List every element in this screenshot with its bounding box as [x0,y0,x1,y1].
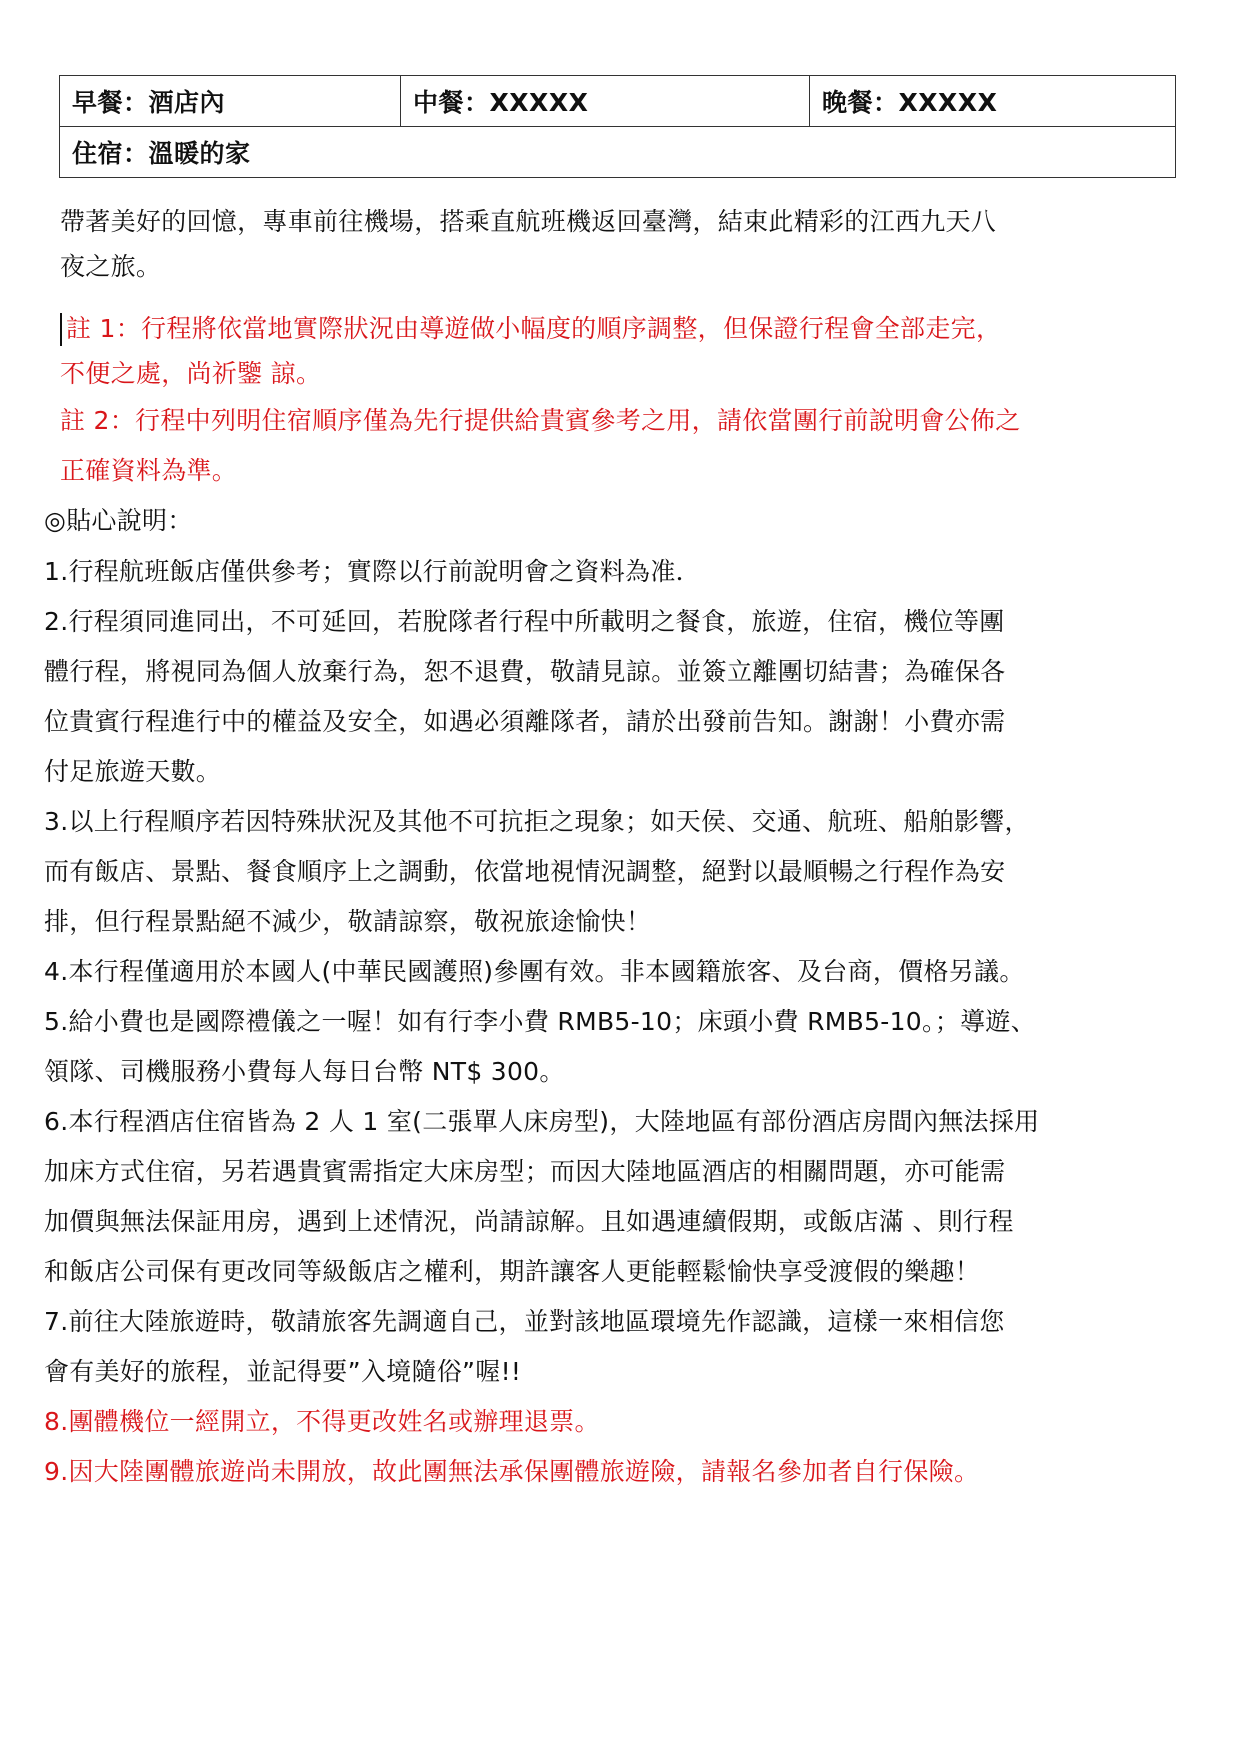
note-line: 正確資料為準。 [60,455,237,487]
dinner-cell: 晚餐：XXXXX [810,76,1176,127]
tips-heading: ◎貼心說明： [44,505,193,537]
tip-line: 排，但行程景點絕不減少，敬請諒察，敬祝旅途愉快！ [44,906,651,938]
note-line: 註 2：行程中列明住宿順序僅為先行提供給貴賓參考之用，請依當團行前說明會公佈之 [60,405,1021,437]
lodging-row: 住宿：溫暖的家 [60,127,1176,178]
tip-line: 5.給小費也是國際禮儀之一喔！如有行李小費 RMB5-10；床頭小費 RMB5-… [44,1006,1036,1038]
tip-line: 3.以上行程順序若因特殊狀況及其他不可抗拒之現象；如天侯、交通、航班、船舶影響， [44,806,1030,838]
meals-row: 早餐：酒店內 中餐：XXXXX 晚餐：XXXXX [60,76,1176,127]
tip-line: 7.前往大陸旅遊時，敬請旅客先調適自己，並對該地區環境先作認識，這樣一來相信您 [44,1306,1005,1338]
important-line: 9.因大陸團體旅遊尚未開放，故此團無法承保團體旅遊險，請報名參加者自行保險。 [44,1456,979,1488]
tip-line: 付足旅遊天數。 [44,756,221,788]
tip-line: 領隊、司機服務小費每人每日台幣 NT$ 300。 [44,1056,565,1088]
tip-line: 6.本行程酒店住宿皆為 2 人 1 室(二張單人床房型)，大陸地區有部份酒店房間… [44,1106,1039,1138]
tip-line: 加床方式住宿，另若遇貴賓需指定大床房型；而因大陸地區酒店的相關問題，亦可能需 [44,1156,1005,1188]
breakfast-cell: 早餐：酒店內 [60,76,401,127]
tip-line: 位貴賓行程進行中的權益及安全，如遇必須離隊者，請於出發前告知。謝謝！小費亦需 [44,706,1005,738]
tip-line: 和飯店公司保有更改同等級飯店之權利，期許讓客人更能輕鬆愉快享受渡假的樂趣！ [44,1256,980,1288]
lodging-cell: 住宿：溫暖的家 [60,127,1176,178]
tip-line: 2.行程須同進同出，不可延回，若脫隊者行程中所載明之餐食，旅遊，住宿，機位等團 [44,606,1005,638]
lunch-cell: 中餐：XXXXX [401,76,810,127]
day-description-line: 帶著美好的回憶，專車前往機場，搭乘直航班機返回臺灣，結束此精彩的江西九天八 [60,206,996,238]
tip-line: 會有美好的旅程，並記得要”入境隨俗”喔!! [44,1356,521,1388]
meals-table: 早餐：酒店內 中餐：XXXXX 晚餐：XXXXX 住宿：溫暖的家 [59,75,1176,178]
tip-line: 而有飯店、景點、餐食順序上之調動，依當地視情況調整，絕對以最順暢之行程作為安 [44,856,1005,888]
note-line: 註 1：行程將依當地實際狀況由導遊做小幅度的順序調整，但保證行程會全部走完， [66,313,1001,345]
text-cursor [60,313,62,346]
tip-line: 體行程，將視同為個人放棄行為，恕不退費，敬請見諒。並簽立離團切結書；為確保各 [44,656,1005,688]
tip-line: 加價與無法保証用房，遇到上述情況，尚請諒解。且如遇連續假期，或飯店滿 、則行程 [44,1206,1014,1238]
tip-line: 4.本行程僅適用於本國人(中華民國護照)參團有效。非本國籍旅客、及台商，價格另議… [44,956,1025,988]
tip-line: 1.行程航班飯店僅供參考；實際以行前說明會之資料為准． [44,556,701,588]
day-description-line: 夜之旅。 [60,251,161,283]
note-line: 不便之處，尚祈鑒 諒。 [60,358,321,390]
important-line: 8.團體機位一經開立，不得更改姓名或辦理退票。 [44,1406,600,1438]
